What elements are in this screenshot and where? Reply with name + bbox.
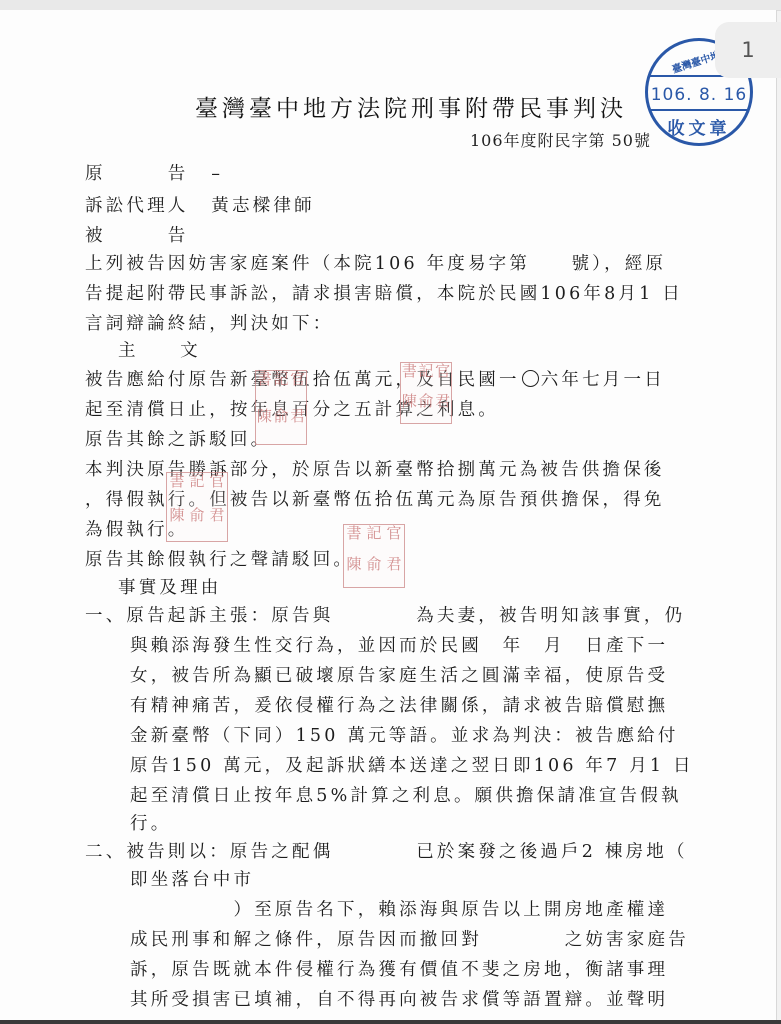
party-value: 黃志樑律師	[211, 196, 315, 216]
viewer-bottom-edge	[0, 1020, 781, 1024]
party-label: 原 告	[85, 164, 189, 184]
document-title: 臺灣臺中地方法院刑事附帶民事判決	[195, 90, 627, 123]
case-number: 106年度附民字第 50號	[470, 128, 651, 151]
party-label: 被 告	[85, 226, 189, 246]
section1-line: 起至清償日止按年息5%計算之利息。願供擔保請准宣告假執	[130, 782, 682, 807]
intro-line: 上列被告因妨害家庭案件（本院106 年度易字第 號），經原	[85, 250, 666, 275]
section1-line: 女，被告所為顯已破壞原告家庭生活之圓滿幸福，使原告受	[130, 662, 668, 687]
section1-line: 有精神痛苦，爰依侵權行為之法律關係，請求被告賠償慰撫	[130, 692, 668, 717]
section1-line: 金新臺幣（下同）150 萬元等語。並求為判決：被告應給付	[130, 722, 679, 747]
clerk-seal-stamp: 書記官 陳俞君	[343, 524, 405, 588]
section2-line: 即坐落台中市	[130, 866, 254, 891]
stamp-date: 106. 8. 16	[648, 85, 750, 105]
clerk-seal-stamp: 書記官 陳俞君	[255, 370, 307, 445]
clerk-seal-stamp: 書記官 陳俞君	[166, 472, 228, 542]
facts-heading: 事實及理由	[118, 574, 222, 599]
section2-line: 其所受損害已填補，自不得再向被告求償等語置辯。並聲明	[130, 986, 668, 1011]
section2-line: 訴，原告既就本件侵權行為獲有價值不斐之房地，衡諸事理	[130, 956, 668, 981]
document-page: 臺灣臺中地方法院刑事附帶民事判決 106年度附民字第 50號 原 告 – 訴訟代…	[0, 10, 777, 1022]
main-line: 被告應給付原告新臺幣伍拾伍萬元，及自民國一六年七月一日	[85, 366, 665, 391]
clerk-seal-stamp: 書記官 陳俞君	[400, 362, 452, 424]
section1-line: 行。	[130, 810, 171, 835]
party-attorney: 訴訟代理人 黃志樑律師	[85, 192, 315, 217]
page-number-badge: 1	[715, 22, 781, 78]
section2-line: 二、被告則以：原告之配偶 已於案發之後過戶2 棟房地（	[85, 838, 688, 863]
party-label: 訴訟代理人	[85, 196, 189, 216]
zero-circle-glyph	[522, 370, 539, 387]
section2-line: 成民刑事和解之條件，原告因而撤回對 之妨害家庭告	[130, 926, 689, 951]
section1-line: 與賴添海發生性交行為，並因而於民國 年 月 日產下一	[130, 632, 668, 657]
section1-line: 一、原告起訴主張：原告與 為夫妻，被告明知該事實，仍	[85, 602, 685, 627]
party-plaintiff: 原 告 –	[85, 160, 223, 185]
section1-line: 原告150 萬元，及起訴狀繕本送達之翌日即106 年7 月1 日	[130, 752, 694, 777]
main-line: 原告其餘假執行之聲請駁回。	[85, 546, 354, 571]
intro-line: 言詞辯論終結，判決如下：	[85, 310, 333, 335]
section2-line: ）至原告名下，賴添海與原告以上開房地產權達	[130, 896, 668, 921]
main-line: 原告其餘之訴駁回。	[85, 426, 271, 451]
main-heading: 主 文	[118, 337, 201, 362]
party-defendant: 被 告	[85, 222, 189, 247]
intro-line: 告提起附帶民事訴訟，請求損害賠償，本院於民國106年8月1 日	[85, 280, 683, 305]
